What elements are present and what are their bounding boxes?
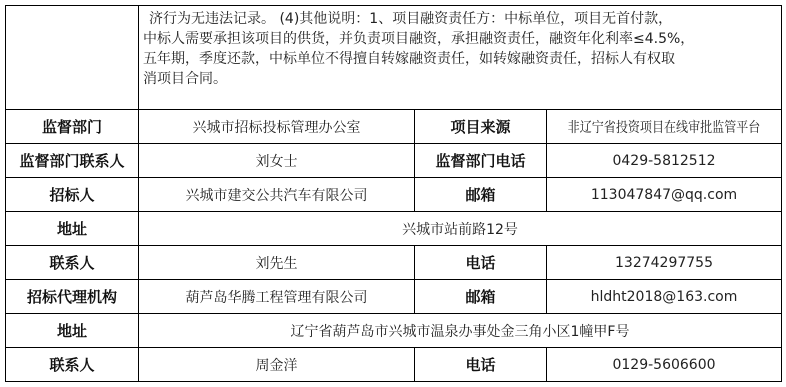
- project-source-label: 项目来源: [415, 110, 547, 144]
- other-notes-cell: 济行为无违法记录。 (4)其他说明：1、项目融资责任方：中标单位，项目无首付款，…: [139, 6, 782, 110]
- table-row-tenderer-contact: 联系人 刘先生 电话 13274297755: [6, 246, 782, 280]
- table-row-agency: 招标代理机构 葫芦岛华腾工程管理有限公司 邮箱 hldht2018@163.co…: [6, 280, 782, 314]
- tenderer-contact-value: 刘先生: [139, 246, 415, 280]
- notes-line: 中标人需要承担该项目的供货，并负责项目融资，承担融资责任，融资年化利率≤4.5%…: [143, 29, 779, 49]
- table-row-agency-address: 地址 辽宁省葫芦岛市兴城市温泉办事处金三角小区1幢甲F号: [6, 314, 782, 348]
- agency-contact-value: 周金洋: [139, 348, 415, 382]
- tenderer-address-value: 兴城市站前路12号: [139, 212, 782, 246]
- supervisor-phone-value: 0429-5812512: [547, 144, 782, 178]
- agency-address-label: 地址: [6, 314, 139, 348]
- table-row-supervisor-contact: 监督部门联系人 刘女士 监督部门电话 0429-5812512: [6, 144, 782, 178]
- tenderer-contact-label: 联系人: [6, 246, 139, 280]
- tenderer-email-label: 邮箱: [415, 178, 547, 212]
- table-row-supervisor: 监督部门 兴城市招标投标管理办公室 项目来源 非辽宁省投资项目在线审批监管平台: [6, 110, 782, 144]
- agency-contact-label: 联系人: [6, 348, 139, 382]
- table-row-tenderer: 招标人 兴城市建交公共汽车有限公司 邮箱 113047847@qq.com: [6, 178, 782, 212]
- tenderer-phone-value: 13274297755: [547, 246, 782, 280]
- supervisor-phone-label: 监督部门电话: [415, 144, 547, 178]
- agency-phone-value: 0129-5606600: [547, 348, 782, 382]
- supervisor-contact-label: 监督部门联系人: [6, 144, 139, 178]
- supervisor-dept-value: 兴城市招标投标管理办公室: [139, 110, 415, 144]
- agency-address-value: 辽宁省葫芦岛市兴城市温泉办事处金三角小区1幢甲F号: [139, 314, 782, 348]
- notes-empty-label-cell: [6, 6, 139, 110]
- agency-email-label: 邮箱: [415, 280, 547, 314]
- agency-email-value: hldht2018@163.com: [547, 280, 782, 314]
- tenderer-address-label: 地址: [6, 212, 139, 246]
- project-source-value: 非辽宁省投资项目在线审批监管平台: [568, 117, 761, 137]
- project-source-cell: 非辽宁省投资项目在线审批监管平台: [547, 110, 782, 144]
- agency-label: 招标代理机构: [6, 280, 139, 314]
- notes-row: 济行为无违法记录。 (4)其他说明：1、项目融资责任方：中标单位，项目无首付款，…: [6, 6, 782, 110]
- tenderer-phone-label: 电话: [415, 246, 547, 280]
- table-row-agency-contact: 联系人 周金洋 电话 0129-5606600: [6, 348, 782, 382]
- tenderer-label: 招标人: [6, 178, 139, 212]
- agency-phone-label: 电话: [415, 348, 547, 382]
- notes-line: 消项目合同。: [143, 69, 779, 89]
- agency-value: 葫芦岛华腾工程管理有限公司: [139, 280, 415, 314]
- supervisor-contact-value: 刘女士: [139, 144, 415, 178]
- supervisor-dept-label: 监督部门: [6, 110, 139, 144]
- tender-info-table: 济行为无违法记录。 (4)其他说明：1、项目融资责任方：中标单位，项目无首付款，…: [5, 5, 782, 382]
- notes-line: 济行为无违法记录。 (4)其他说明：1、项目融资责任方：中标单位，项目无首付款，: [143, 9, 779, 29]
- table-row-tenderer-address: 地址 兴城市站前路12号: [6, 212, 782, 246]
- tenderer-value: 兴城市建交公共汽车有限公司: [139, 178, 415, 212]
- tenderer-email-value: 113047847@qq.com: [547, 178, 782, 212]
- notes-line: 五年期，季度还款，中标单位不得擅自转嫁融资责任，如转嫁融资责任，招标人有权取: [143, 49, 779, 69]
